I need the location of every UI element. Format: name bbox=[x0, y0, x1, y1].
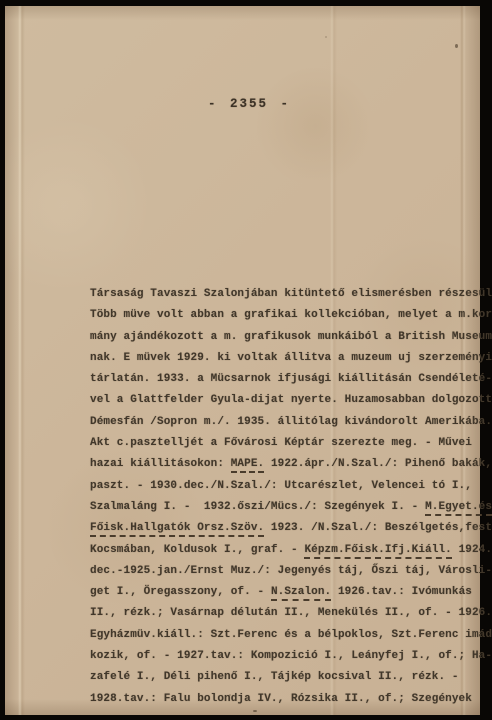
paper-speck bbox=[229, 694, 231, 696]
text-segment: Több müve volt abban a grafikai kollekci… bbox=[90, 309, 492, 321]
text-line: Több müve volt abban a grafikai kollekci… bbox=[90, 305, 492, 326]
text-segment: hazai kiállitásokon: bbox=[90, 458, 231, 470]
text-segment: 1922.ápr./N.Szal./: Pihenő bakák, bbox=[264, 458, 492, 470]
text-segment: Társaság Tavaszi Szalonjában kitüntető e… bbox=[90, 288, 492, 300]
paper-speck bbox=[455, 44, 458, 48]
underlined-phrase: MAPE. bbox=[231, 458, 265, 473]
text-segment: 1923. /N.Szal./: Beszélgetés,festm.; bbox=[264, 522, 492, 534]
text-line: kozik, of. - 1927.tav.: Kompozició I., L… bbox=[90, 646, 492, 667]
text-line: Társaság Tavaszi Szalonjában kitüntető e… bbox=[90, 284, 492, 305]
text-segment: Egyházmüv.kiáll.: Szt.Ferenc és a bélpok… bbox=[90, 629, 492, 641]
text-line: get I., Öregasszony, of. - N.Szalon. 192… bbox=[90, 582, 492, 603]
text-line: Démesfán /Sopron m./. 1935. állitólag ki… bbox=[90, 412, 492, 433]
text-segment: Akt c.pasztelljét a Fővárosi Képtár szer… bbox=[90, 437, 472, 449]
text-line: vel a Glattfelder Gyula-dijat nyerte. Hu… bbox=[90, 390, 492, 411]
page-number: - 2355 - bbox=[208, 97, 290, 111]
text-line: Főisk.Hallgatók Orsz.Szöv. 1923. /N.Szal… bbox=[90, 518, 492, 539]
text-line: hazai kiállitásokon: MAPE. 1922.ápr./N.S… bbox=[90, 454, 492, 475]
text-line: nak. E müvek 1929. ki voltak állitva a m… bbox=[90, 348, 492, 369]
text-line: II., rézk.; Vasárnap délután II., Menekü… bbox=[90, 603, 492, 624]
text-segment: mány ajándékozott a m. grafikusok munkái… bbox=[90, 331, 492, 343]
underlined-phrase: Főisk.Hallgatók Orsz.Szöv. bbox=[90, 522, 264, 537]
paper: - 2355 - Társaság Tavaszi Szalonjában ki… bbox=[5, 6, 480, 715]
text-segment: paszt. - 1930.dec./N.Szal./: Utcarészlet… bbox=[90, 480, 472, 492]
text-segment: II., rézk.; Vasárnap délután II., Menekü… bbox=[90, 607, 492, 619]
text-segment: vel a Glattfelder Gyula-dijat nyerte. Hu… bbox=[90, 394, 492, 406]
underlined-phrase: M.Egyet.és bbox=[425, 501, 492, 516]
underlined-phrase: Képzm.Főisk.Ifj.Kiáll. bbox=[304, 544, 451, 559]
text-segment: kozik, of. - 1927.tav.: Kompozició I., L… bbox=[90, 650, 492, 662]
text-line: paszt. - 1930.dec./N.Szal./: Utcarészlet… bbox=[90, 476, 492, 497]
text-line: Kocsmában, Koldusok I., graf. - Képzm.Fő… bbox=[90, 540, 492, 561]
text-line: 1928.tav.: Falu bolondja IV., Rózsika II… bbox=[90, 689, 492, 710]
text-segment: Démesfán /Sopron m./. 1935. állitólag ki… bbox=[90, 416, 492, 428]
underlined-phrase: N.Szalon. bbox=[271, 586, 331, 601]
paper-speck bbox=[325, 36, 327, 38]
text-line: mány ajándékozott a m. grafikusok munkái… bbox=[90, 327, 492, 348]
scanned-page: - 2355 - Társaság Tavaszi Szalonjában ki… bbox=[0, 0, 492, 720]
text-segment: 1926.tav.: Ivómunkás bbox=[331, 586, 472, 598]
paper-speck bbox=[253, 710, 257, 712]
text-segment: dec.-1925.jan./Ernst Muz./: Jegenyés táj… bbox=[90, 565, 492, 577]
text-segment: 1924. bbox=[452, 544, 492, 556]
text-line: zafelé I., Déli pihenő I., Tájkép kocsiv… bbox=[90, 667, 492, 688]
text-line: Szalmaláng I. - 1932.őszi/Mücs./: Szegén… bbox=[90, 497, 492, 518]
text-segment: Szalmaláng I. - 1932.őszi/Mücs./: Szegén… bbox=[90, 501, 425, 513]
text-segment: zafelé I., Déli pihenő I., Tájkép kocsiv… bbox=[90, 671, 459, 683]
text-segment: 1928.tav.: Falu bolondja IV., Rózsika II… bbox=[90, 693, 472, 705]
text-line: Akt c.pasztelljét a Fővárosi Képtár szer… bbox=[90, 433, 492, 454]
text-line: dec.-1925.jan./Ernst Muz./: Jegenyés táj… bbox=[90, 561, 492, 582]
typewritten-text-block: Társaság Tavaszi Szalonjában kitüntető e… bbox=[90, 284, 492, 710]
text-line: tárlatán. 1933. a Mücsarnok ifjusági kiá… bbox=[90, 369, 492, 390]
text-segment: nak. E müvek 1929. ki voltak állitva a m… bbox=[90, 352, 492, 364]
text-segment: Kocsmában, Koldusok I., graf. - bbox=[90, 544, 304, 556]
text-line: Egyházmüv.kiáll.: Szt.Ferenc és a bélpok… bbox=[90, 625, 492, 646]
text-segment: tárlatán. 1933. a Mücsarnok ifjusági kiá… bbox=[90, 373, 492, 385]
text-segment: get I., Öregasszony, of. - bbox=[90, 586, 271, 598]
